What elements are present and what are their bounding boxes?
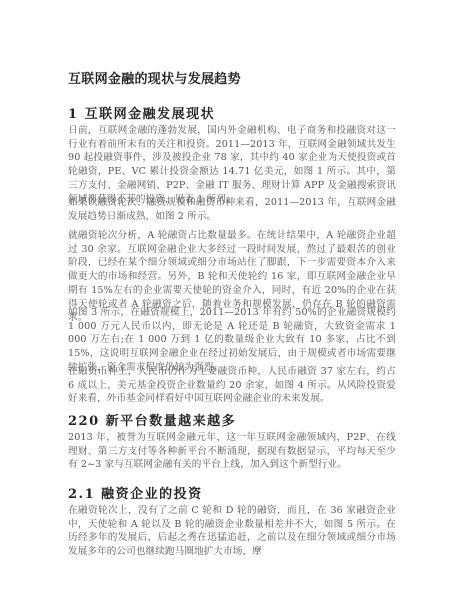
paragraph-2-1: 2013 年，被誉为互联网金融元年，这一年互联网金融领域内，P2P、在线理财、第… — [68, 431, 396, 472]
document-page: 互联网金融的现状与发展趋势 1 互联网金融发展现状 日前，互联网金融的蓬勃发展，… — [0, 0, 463, 600]
paragraph-1-1: 日前，互联网金融的蓬勃发展，国内外金融机构、电子商务和投融资对这一行业有着前所未… — [68, 124, 396, 206]
section-heading-3: 2.1 融资企业的投资 — [68, 483, 203, 502]
document-title: 互联网金融的现状与发展趋势 — [68, 68, 241, 87]
paragraph-3-1: 在融资轮次上，没有了之前 C 轮和 D 轮的融资，而且，在 36 家融资企业中，… — [68, 504, 396, 559]
paragraph-1-5: 在融资币种上，人民币仍作为主要融资币种，人民币融资 37 家左右，约占 6 成以… — [68, 365, 396, 406]
section-heading-1: 1 互联网金融发展现状 — [68, 103, 215, 122]
paragraph-1-2: 如果以融资轮次、融资规模和融资币种来看，2011—2013 年，互联网金融发展趋… — [68, 196, 396, 223]
section-heading-2: 220 新平台数量越来越多 — [68, 410, 236, 429]
